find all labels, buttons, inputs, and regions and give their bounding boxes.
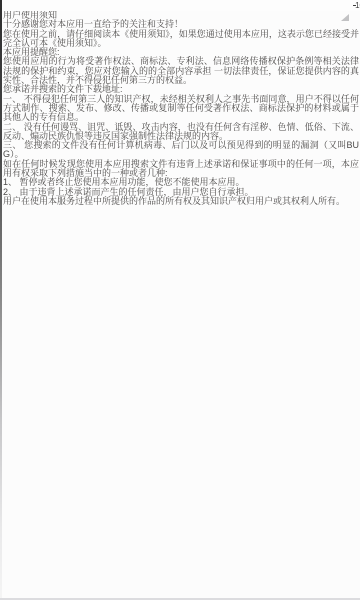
status-icons: 10 [328, 1, 360, 10]
screen-left-edge [0, 0, 2, 600]
notice-paragraph: 三、 您搜索的文件没有任何计算机病毒、后门以及可以预见得到的明显的漏洞（又叫BU… [3, 141, 359, 160]
notice-paragraph: 一、 不得侵犯任何第三人的知识产权，未经相关权利人之事先书面同意，用户不得以任何… [3, 95, 359, 123]
user-notice-content[interactable]: 用户使用须知 十分感谢您对本应用一直给予的关注和支持！ 您在使用之前，请仔细阅读… [0, 11, 360, 206]
notice-paragraph: 用户在使用本服务过程中所提供的作品的所有权及其知识产权归用户或其权利人所有。 [3, 197, 359, 206]
notice-paragraph: 您使用应用的行为将受著作权法、商标法、专利法、信息网络传播权保护条例等相关法律法… [3, 57, 359, 85]
status-bar: 10 [0, 0, 360, 11]
notice-paragraph: 二、 没有任何谩骂、诅咒、诋毁、攻击内容，也没有任何含有淫秽、色情、低俗、下流、… [3, 123, 359, 142]
notice-paragraph: 如在任何时候发现您使用本应用搜索文件有违背上述承诺和保证事项中的任何一项，本应用… [3, 160, 359, 179]
notice-paragraph: 您在使用之前，请仔细阅读本《使用须知》，如果您通过使用本应用，这表示您已经接受并… [3, 30, 359, 49]
status-time: 10 [355, 1, 360, 10]
